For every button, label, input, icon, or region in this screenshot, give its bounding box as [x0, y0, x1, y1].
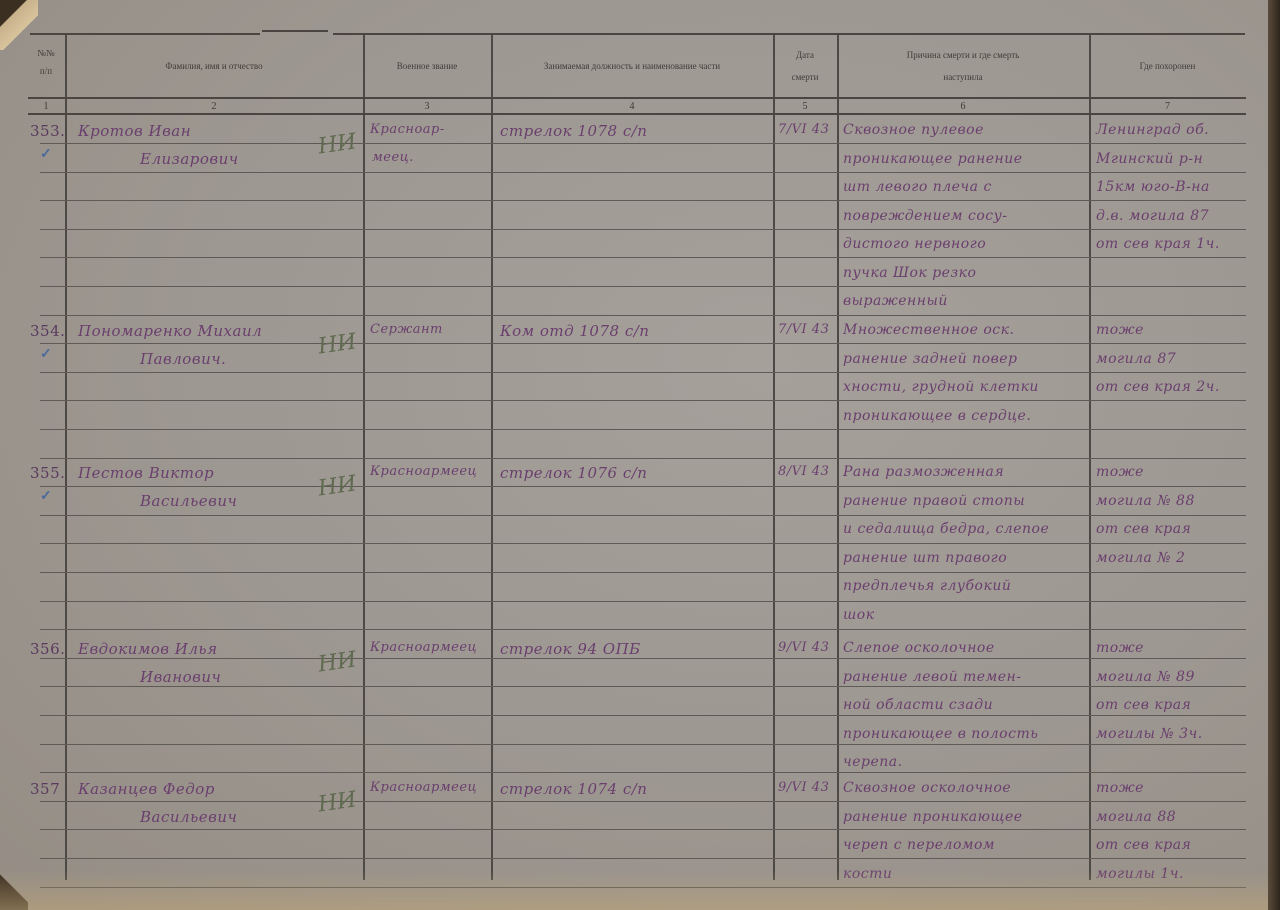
ruled-line	[40, 715, 1246, 716]
folded-corner	[0, 0, 38, 50]
entry-position-unit: стрелок 94 ОПБ	[500, 640, 641, 658]
column-number: 3	[364, 101, 490, 112]
header-label: №№	[28, 44, 64, 62]
header-col-6: Причина смерти и где смерть наступила	[838, 44, 1088, 88]
ruled-line	[40, 458, 1246, 459]
header-label: Дата	[774, 44, 836, 66]
ruled-line	[40, 858, 1246, 859]
entry-cause-line: черепа.	[843, 754, 903, 770]
entry-cause-line: шок	[843, 607, 875, 623]
ruled-line	[40, 172, 1246, 173]
entry-name-patronymic: Иванович	[140, 668, 221, 686]
entry-cause-line: Множественное оск.	[843, 322, 1014, 338]
entry-burial-line: могила 87	[1096, 351, 1176, 367]
entry-cause-line: хности, грудной клетки	[843, 379, 1039, 395]
ruled-line	[40, 829, 1246, 830]
entry-burial-line: от сев края	[1096, 521, 1191, 537]
entry-cause-line: кости	[843, 866, 892, 882]
entry-cause-line: повреждением сосу-	[843, 208, 1007, 224]
check-mark-icon: ✓	[40, 346, 52, 363]
entry-burial-line: Ленинград об.	[1096, 122, 1209, 138]
ruled-line	[40, 200, 1246, 201]
entry-burial-line: тоже	[1096, 780, 1144, 796]
entry-number: 357	[30, 780, 60, 798]
ruled-line	[40, 572, 1246, 573]
check-mark-icon: ✓	[40, 146, 52, 163]
entry-cause-line: проникающее в полость	[843, 726, 1038, 742]
column-number: 1	[28, 101, 64, 112]
header-col-2: Фамилия, имя и отчество	[66, 56, 362, 76]
entry-rank: Красноармеец	[370, 780, 477, 795]
entry-cause-line: Рана размозженная	[843, 464, 1004, 480]
entry-burial-line: от сев края 1ч.	[1096, 236, 1220, 252]
entry-cause-line: Слепое осколочное	[843, 640, 995, 656]
entry-death-date: 9/VI 43	[778, 640, 829, 655]
ruled-line	[40, 744, 1246, 745]
entry-cause-line: дистого нервного	[843, 236, 986, 252]
entry-name-patronymic: Елизарович	[140, 150, 239, 168]
ruled-line	[40, 543, 1246, 544]
entry-burial-line: от сев края	[1096, 837, 1191, 853]
entry-rank-cont: меец.	[372, 150, 414, 165]
entry-cause-line: Сквозное пулевое	[843, 122, 984, 138]
entry-burial-line: 15км юго-В-на	[1096, 179, 1210, 195]
header-rule	[28, 97, 1246, 99]
entry-cause-line: проникающее в сердце.	[843, 408, 1031, 424]
entry-burial-line: тоже	[1096, 322, 1144, 338]
entry-number: 353.	[30, 122, 65, 140]
header-col-7: Где похоронен	[1090, 56, 1245, 76]
entry-cause-line: выраженный	[843, 293, 948, 309]
header-label: смерти	[774, 66, 836, 88]
header-col-4: Занимаемая должность и наименование част…	[492, 56, 772, 76]
register-sheet: №№ п/п Фамилия, имя и отчество Военное з…	[0, 0, 1268, 910]
entry-cause-line: ранение проникающее	[843, 809, 1023, 825]
header-label: Причина смерти и где смерть	[838, 44, 1088, 66]
signature-initials: НИ	[316, 129, 357, 159]
column-number: 6	[838, 101, 1088, 112]
header-rule	[28, 113, 1246, 115]
entry-burial-line: от сев края 2ч.	[1096, 379, 1220, 395]
entry-name-surname: Пономаренко Михаил	[78, 322, 262, 340]
ruled-line	[40, 257, 1246, 258]
entry-rank: Красноар-	[370, 122, 445, 137]
signature-initials: НИ	[316, 329, 357, 359]
entry-position-unit: стрелок 1078 с/п	[500, 122, 647, 140]
entry-rank: Красноармеец	[370, 640, 477, 655]
signature-initials: НИ	[316, 647, 357, 677]
header-col-1: №№ п/п	[28, 44, 64, 80]
entry-name-surname: Кротов Иван	[78, 122, 191, 140]
entry-cause-line: ранение правой стопы	[843, 493, 1025, 509]
page-edge	[1268, 0, 1280, 910]
entry-burial-line: могила № 88	[1096, 493, 1195, 509]
entry-cause-line: ранение шт правого	[843, 550, 1007, 566]
column-number: 5	[774, 101, 836, 112]
ruled-line	[40, 772, 1246, 773]
entry-cause-line: пучка Шок резко	[843, 265, 976, 281]
entry-burial-line: могилы № 3ч.	[1096, 726, 1203, 742]
ruled-line	[40, 286, 1246, 287]
entry-death-date: 7/VI 43	[778, 322, 829, 337]
entry-burial-line: тоже	[1096, 640, 1144, 656]
ruled-line	[40, 601, 1246, 602]
check-mark-icon: ✓	[40, 488, 52, 505]
entry-rank: Красноармеец	[370, 464, 477, 479]
header-col-3: Военное звание	[364, 56, 490, 76]
ruled-line	[40, 887, 1246, 888]
ruled-line	[40, 658, 1246, 659]
entry-name-patronymic: Павлович.	[140, 350, 226, 368]
column-number: 2	[66, 101, 362, 112]
entry-burial-line: д.в. могила 87	[1096, 208, 1209, 224]
ruled-line	[40, 801, 1246, 802]
ruled-line	[40, 372, 1246, 373]
entry-position-unit: Ком отд 1078 с/п	[500, 322, 649, 340]
entry-cause-line: предплечья глубокий	[843, 578, 1011, 594]
entry-cause-line: шт левого плеча с	[843, 179, 992, 195]
top-rule	[333, 33, 1245, 35]
ruled-line	[40, 429, 1246, 430]
entry-cause-line: проникающее ранение	[843, 151, 1023, 167]
ruled-line	[40, 343, 1246, 344]
entry-burial-line: от сев края	[1096, 697, 1191, 713]
ruled-line	[40, 400, 1246, 401]
entry-name-surname: Евдокимов Илья	[78, 640, 218, 658]
header-col-5: Дата смерти	[774, 44, 836, 88]
entry-number: 355.	[30, 464, 65, 482]
ruled-line	[40, 486, 1246, 487]
entry-burial-line: могила 88	[1096, 809, 1176, 825]
entry-burial-line: могила № 2	[1096, 550, 1185, 566]
ruled-line	[40, 143, 1246, 144]
entry-burial-line: Мгинский р-н	[1096, 151, 1203, 167]
entry-number: 356.	[30, 640, 65, 658]
entry-cause-line: Сквозное осколочное	[843, 780, 1011, 796]
entry-cause-line: и седалища бедра, слепое	[843, 521, 1049, 537]
signature-initials: НИ	[316, 787, 357, 817]
entry-name-surname: Казанцев Федор	[78, 780, 215, 798]
entry-cause-line: ранение левой темен-	[843, 669, 1021, 685]
ruled-line	[40, 229, 1246, 230]
entry-burial-line: тоже	[1096, 464, 1144, 480]
entry-position-unit: стрелок 1074 с/п	[500, 780, 647, 798]
header-label: п/п	[28, 62, 64, 80]
signature-initials: НИ	[316, 471, 357, 501]
column-number: 7	[1090, 101, 1245, 112]
ruled-line	[40, 629, 1246, 630]
ruled-line	[40, 315, 1246, 316]
ruled-line	[40, 686, 1246, 687]
entry-name-surname: Пестов Виктор	[78, 464, 214, 482]
column-number: 4	[492, 101, 772, 112]
entry-number: 354.	[30, 322, 65, 340]
ruled-line	[40, 515, 1246, 516]
entry-death-date: 9/VI 43	[778, 780, 829, 795]
entry-burial-line: могилы 1ч.	[1096, 866, 1184, 882]
entry-death-date: 8/VI 43	[778, 464, 829, 479]
entry-cause-line: ранение задней повер	[843, 351, 1017, 367]
entry-cause-line: ной области сзади	[843, 697, 993, 713]
entry-name-patronymic: Васильевич	[140, 808, 237, 826]
top-rule	[262, 30, 328, 32]
header-label: наступила	[838, 66, 1088, 88]
entry-cause-line: череп с переломом	[843, 837, 995, 853]
entry-position-unit: стрелок 1076 с/п	[500, 464, 647, 482]
page-corner-shadow	[0, 850, 28, 910]
entry-death-date: 7/VI 43	[778, 122, 829, 137]
entry-burial-line: могила № 89	[1096, 669, 1195, 685]
entry-rank: Сержант	[370, 322, 443, 337]
entry-name-patronymic: Васильевич	[140, 492, 237, 510]
